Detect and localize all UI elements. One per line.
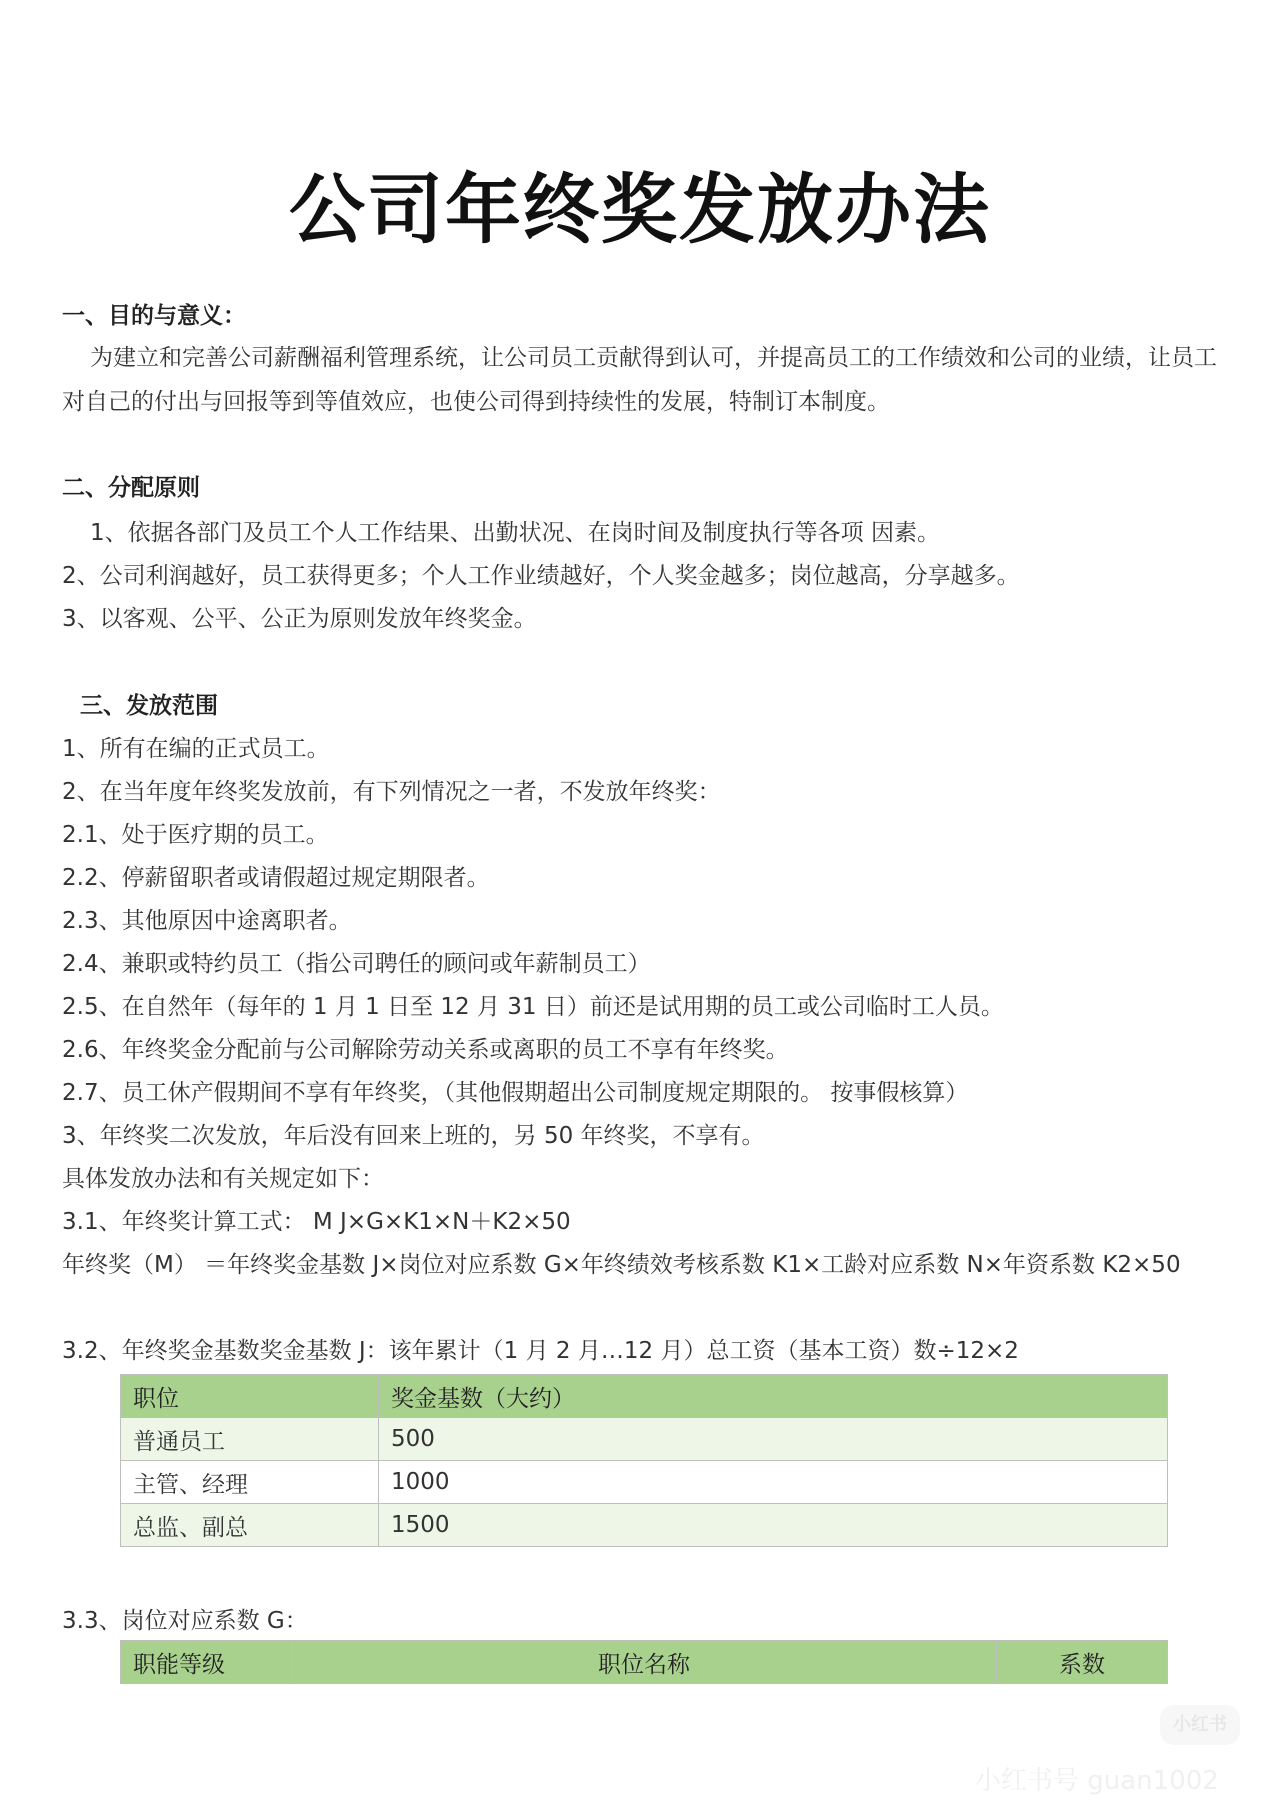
table-cell: 1000: [379, 1461, 1168, 1504]
table-row: 总监、副总 1500: [121, 1504, 1168, 1547]
section-3-line: 2.6、年终奖金分配前与公司解除劳动关系或离职的员工不享有年终奖。: [62, 1029, 1232, 1072]
position-coefficient-line: 3.3、岗位对应系数 G：: [62, 1600, 1232, 1643]
section-1-text: 为建立和完善公司薪酬福利管理系统，让公司员工贡献得到认可，并提高员工的工作绩效和…: [62, 345, 1217, 415]
table-row: 主管、经理 1000: [121, 1461, 1168, 1504]
section-3-line: 2.4、兼职或特约员工（指公司聘任的顾问或年薪制员工）: [62, 943, 1232, 986]
table-cell: 总监、副总: [121, 1504, 379, 1547]
section-3-line: 2.2、停薪留职者或请假超过规定期限者。: [62, 857, 1232, 900]
formula-line: 3.1、年终奖计算工式： M J×G×K1×N＋K2×50: [62, 1201, 1232, 1244]
table-header-row: 职位 奖金基数（大约）: [121, 1375, 1168, 1418]
bonus-base-line: 3.2、年终奖金基数奖金基数 J：该年累计（1 月 2 月…12 月）总工资（基…: [62, 1330, 1232, 1373]
section-3-line: 2.5、在自然年（每年的 1 月 1 日至 12 月 31 日）前还是试用期的员…: [62, 986, 1232, 1029]
document-title: 公司年终奖发放办法: [0, 160, 1280, 260]
table-cell: 普通员工: [121, 1418, 379, 1461]
section-1-heading: 一、目的与意义：: [62, 300, 246, 332]
section-2-item: 3、以客观、公平、公正为原则发放年终奖金。: [62, 598, 1232, 641]
table-header-cell: 奖金基数（大约）: [379, 1375, 1168, 1418]
position-coefficient-table: 职能等级 职位名称 系数: [120, 1640, 1168, 1684]
section-3-line: 2.3、其他原因中途离职者。: [62, 900, 1232, 943]
section-2-heading: 二、分配原则: [62, 472, 200, 504]
table-header-cell: 职能等级: [121, 1641, 292, 1684]
watermark-text: 小红书号 guan1002: [975, 1760, 1219, 1797]
table-header-cell: 职位名称: [292, 1641, 997, 1684]
bonus-base-table: 职位 奖金基数（大约） 普通员工 500 主管、经理 1000 总监、副总 15…: [120, 1374, 1168, 1547]
table-header-cell: 系数: [997, 1641, 1168, 1684]
table-cell: 主管、经理: [121, 1461, 379, 1504]
section-3-line: 2.1、处于医疗期的员工。: [62, 814, 1232, 857]
table-cell: 500: [379, 1418, 1168, 1461]
table-header-row: 职能等级 职位名称 系数: [121, 1641, 1168, 1684]
table-row: 普通员工 500: [121, 1418, 1168, 1461]
section-3-line: 2、在当年度年终奖发放前，有下列情况之一者，不发放年终奖：: [62, 771, 1232, 814]
table-header-cell: 职位: [121, 1375, 379, 1418]
formula-paragraph: 年终奖（M） ＝年终奖金基数 J×岗位对应系数 G×年终绩效考核系数 K1×工龄…: [62, 1244, 1232, 1287]
section-3-heading: 三、发放范围: [80, 690, 218, 722]
section-2-item: 1、依据各部门及员工个人工作结果、出勤状况、在岗时间及制度执行等各项 因素。: [90, 512, 1260, 555]
watermark-logo: 小红书: [1160, 1705, 1240, 1745]
table-cell: 1500: [379, 1504, 1168, 1547]
section-3-line: 具体发放办法和有关规定如下：: [62, 1158, 1232, 1201]
section-1-paragraph: 为建立和完善公司薪酬福利管理系统，让公司员工贡献得到认可，并提高员工的工作绩效和…: [62, 336, 1232, 424]
section-3-line: 3、年终奖二次发放，年后没有回来上班的，另 50 年终奖，不享有。: [62, 1115, 1232, 1158]
section-2-item: 2、公司利润越好，员工获得更多；个人工作业绩越好，个人奖金越多；岗位越高，分享越…: [62, 555, 1232, 598]
section-3-line: 2.7、员工休产假期间不享有年终奖，（其他假期超出公司制度规定期限的。 按事假核…: [62, 1072, 1232, 1115]
section-3-line: 1、所有在编的正式员工。: [62, 728, 1232, 771]
